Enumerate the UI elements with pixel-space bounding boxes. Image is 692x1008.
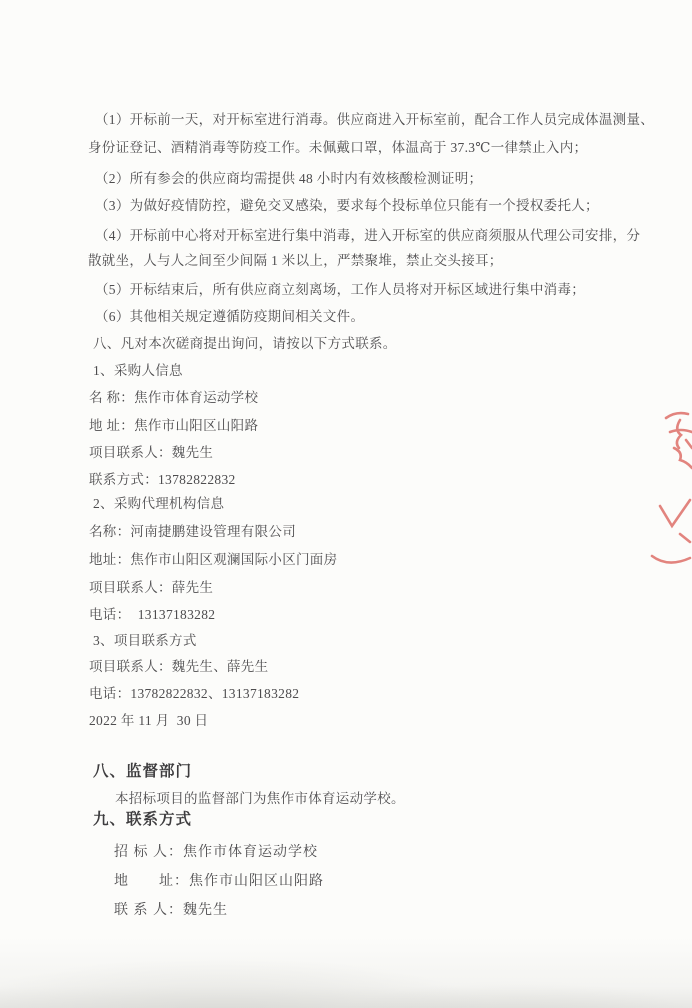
red-handwriting-mark-1 (650, 402, 692, 472)
covid-item-1-line-1: （1）开标前一天，对开标室进行消毒。供应商进入开标室前，配合工作人员完成体温测量… (95, 112, 654, 127)
agency-name: 名称：河南捷鹏建设管理有限公司 (89, 524, 296, 539)
red-handwriting-mark-2 (648, 494, 692, 574)
contacts-address: 地 址：焦作市山阳区山阳路 (114, 874, 324, 889)
covid-item-4-line-1: （4）开标前中心将对开标室进行集中消毒，进入开标室的供应商须服从代理公司安排，分 (95, 228, 640, 243)
section-8-inquiry-line: 八、凡对本次磋商提出询问，请按以下方式联系。 (93, 336, 397, 351)
document-page: （1）开标前一天，对开标室进行消毒。供应商进入开标室前，配合工作人员完成体温测量… (0, 0, 692, 1008)
covid-item-6: （6）其他相关规定遵循防疫期间相关文件。 (95, 309, 364, 324)
supervision-body: 本招标项目的监督部门为焦作市体育运动学校。 (115, 791, 405, 806)
purchaser-address: 地 址：焦作市山阳区山阳路 (89, 418, 258, 433)
purchaser-phone: 联系方式：13782822832 (89, 472, 236, 487)
agency-heading: 2、采购代理机构信息 (93, 496, 224, 511)
agency-phone: 电话： 13137183282 (89, 607, 215, 622)
project-contact-phones: 电话：13782822832、13137183282 (89, 686, 299, 701)
purchaser-contact: 项目联系人：魏先生 (89, 445, 213, 460)
project-contact-names: 项目联系人：魏先生、薛先生 (89, 659, 268, 674)
covid-item-5: （5）开标结束后，所有供应商立刻离场，工作人员将对开标区域进行集中消毒； (95, 282, 585, 297)
scan-noise-band (0, 936, 692, 1008)
purchaser-name: 名 称：焦作市体育运动学校 (89, 390, 258, 405)
covid-item-2: （2）所有参会的供应商均需提供 48 小时内有效核酸检测证明； (95, 171, 482, 186)
covid-item-1-line-2: 身份证登记、酒精消毒等防疫工作。未佩戴口罩，体温高于 37.3℃一律禁止入内； (88, 140, 587, 155)
agency-contact: 项目联系人：薛先生 (89, 580, 213, 595)
contacts-heading: 九、联系方式 (93, 812, 192, 827)
project-contact-heading: 3、项目联系方式 (93, 633, 197, 648)
supervision-heading: 八、监督部门 (93, 764, 192, 779)
contacts-bidder: 招 标 人：焦作市体育运动学校 (114, 845, 318, 860)
agency-address: 地址：焦作市山阳区观澜国际小区门面房 (89, 552, 337, 567)
document-date: 2022 年 11 月 30 日 (89, 713, 208, 728)
contacts-person: 联 系 人：魏先生 (114, 903, 228, 918)
covid-item-3: （3）为做好疫情防控，避免交叉感染，要求每个投标单位只能有一个授权委托人； (95, 198, 599, 213)
purchaser-heading: 1、采购人信息 (93, 363, 183, 378)
covid-item-4-line-2: 散就坐，人与人之间至少间隔 1 米以上，严禁聚堆，禁止交头接耳； (88, 253, 503, 268)
